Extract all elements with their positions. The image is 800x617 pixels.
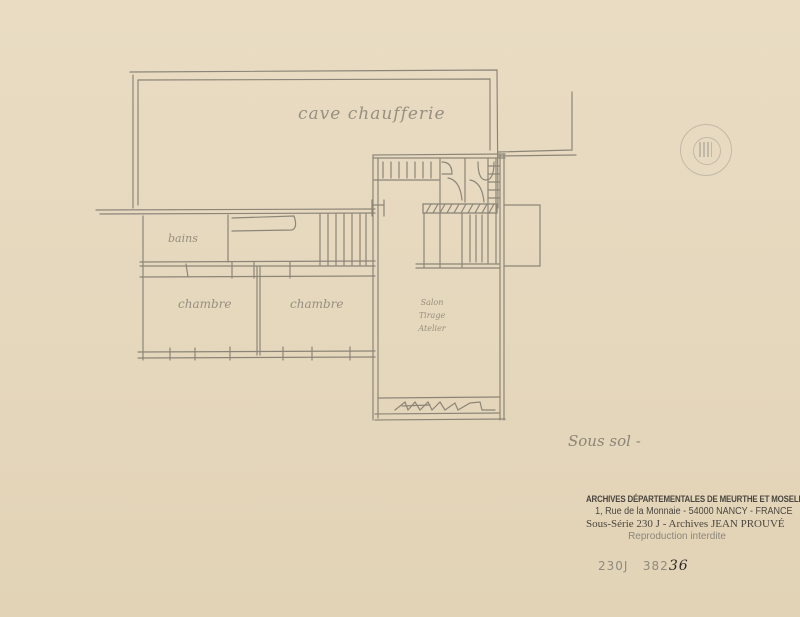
call-number-suffix: 36: [669, 558, 689, 574]
room-label-chambre-2: chambre: [290, 297, 344, 311]
drawing-title: Sous sol -: [568, 432, 641, 450]
archive-stamp-line4: Reproduction interdite: [586, 531, 768, 542]
drawing-title-text: Sous sol: [568, 432, 631, 450]
seal-shield-icon: [699, 142, 712, 157]
archive-stamp-line1: ARCHIVES DÉPARTEMENTALES DE MEURTHE ET M…: [586, 494, 743, 504]
call-number: 230J 38236: [598, 558, 689, 574]
room-label-salle-line2: Tirage: [412, 309, 452, 322]
room-label-salle-line3: Atelier: [412, 322, 452, 335]
archive-stamp-line2: 1, Rue de la Monnaie - 54000 NANCY - FRA…: [595, 506, 759, 517]
archive-seal-icon: [680, 124, 732, 176]
room-label-chambre-1: chambre: [178, 297, 232, 311]
archive-stamp-line3: Sous-Série 230 J - Archives JEAN PROUVÉ: [586, 518, 768, 530]
archive-stamp: ARCHIVES DÉPARTEMENTALES DE MEURTHE ET M…: [586, 494, 768, 542]
room-label-cave-chaufferie: cave chaufferie: [298, 104, 446, 124]
room-label-bains: bains: [168, 232, 198, 245]
call-number-prefix: 230J: [598, 559, 628, 573]
room-label-salle: Salon Tirage Atelier: [412, 296, 452, 335]
room-label-salle-line1: Salon: [412, 296, 452, 309]
call-number-number: 382: [643, 559, 669, 573]
